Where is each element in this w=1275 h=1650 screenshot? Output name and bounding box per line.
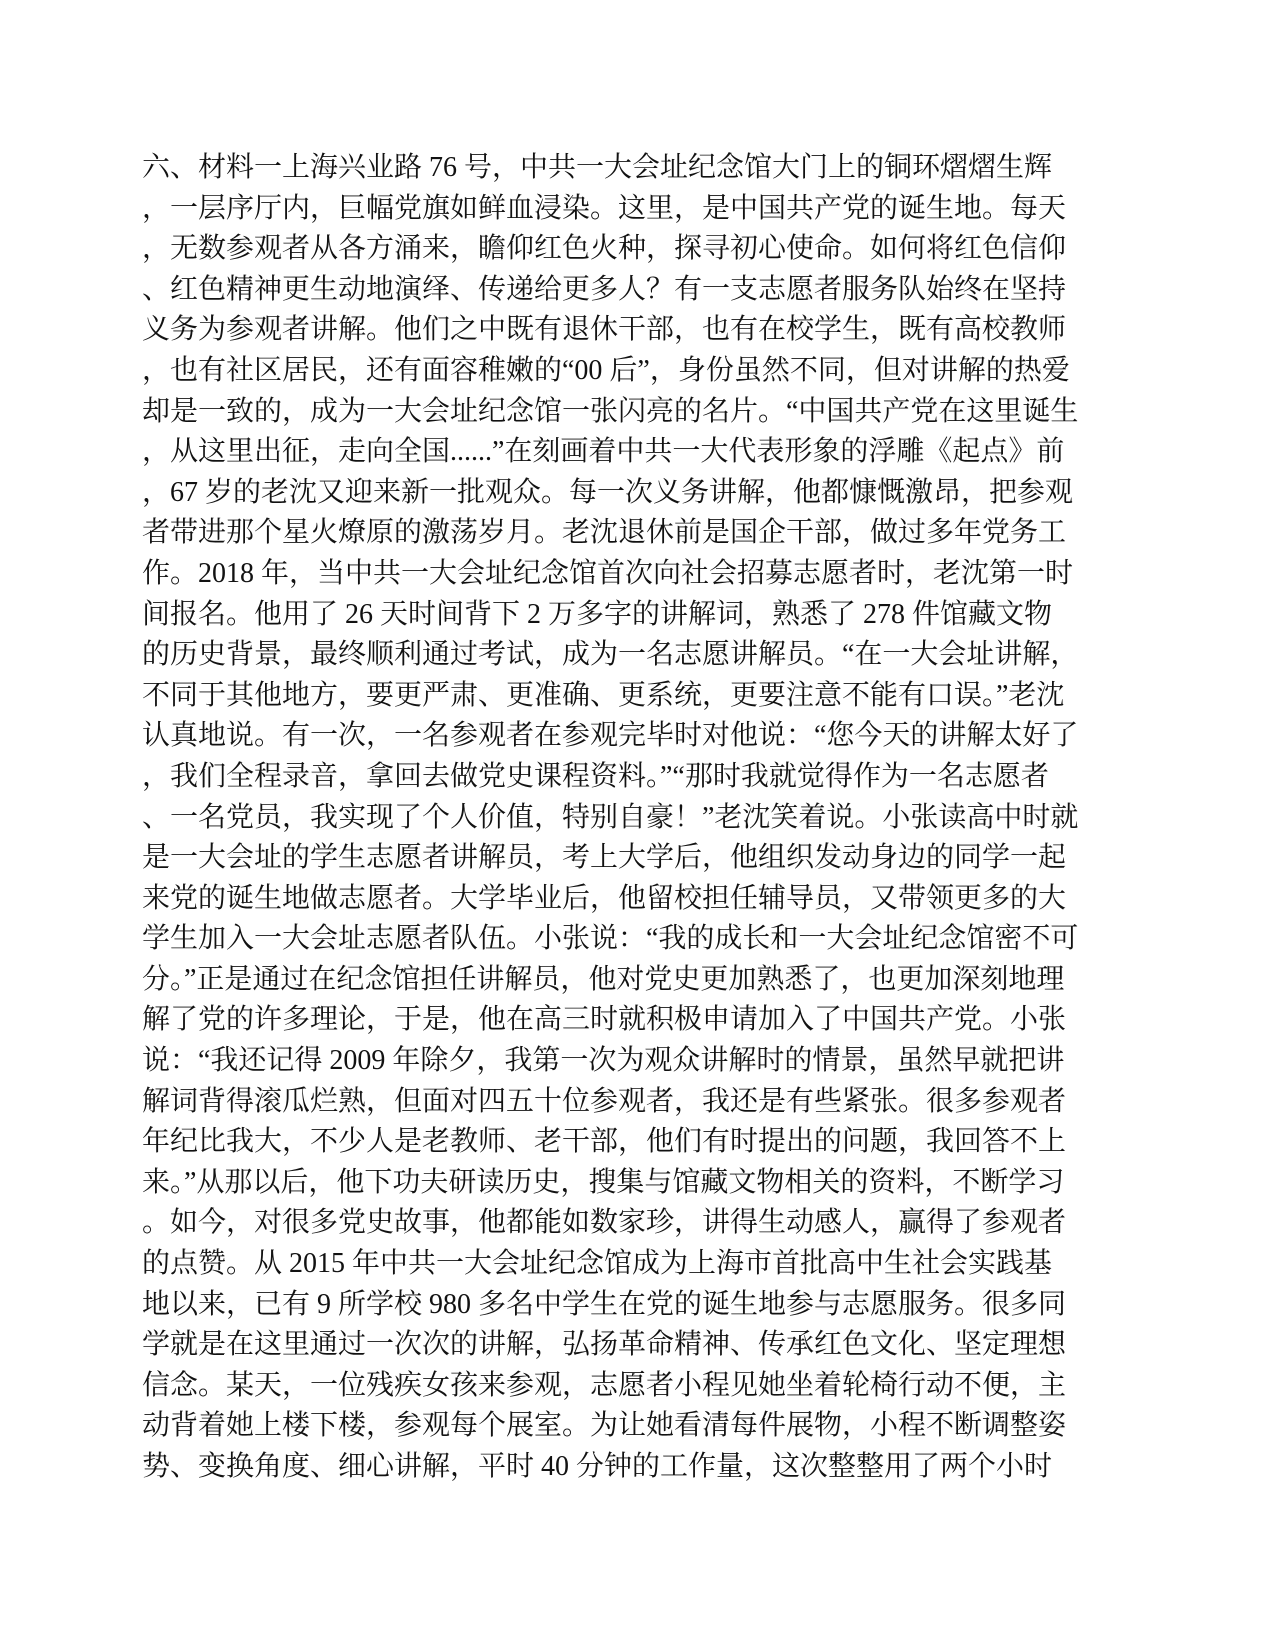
text-line: 解词背得滚瓜烂熟，但面对四五十位参观者，我还是有些紧张。很多参观者 xyxy=(142,1082,1107,1123)
text-line: 年纪比我大，不少人是老教师、老干部，他们有时提出的问题，我回答不上 xyxy=(142,1122,1107,1163)
text-line: ，一层序厅内，巨幅党旗如鲜血浸染。这里，是中国共产党的诞生地。每天 xyxy=(142,189,1107,230)
text-line: 。如今，对很多党史故事，他都能如数家珍，讲得生动感人，赢得了参观者 xyxy=(142,1203,1107,1244)
text-line: 动背着她上楼下楼，参观每个展室。为让她看清每件展物，小程不断调整姿 xyxy=(142,1406,1107,1447)
text-line: 信念。某天，一位残疾女孩来参观，志愿者小程见她坐着轮椅行动不便，主 xyxy=(142,1366,1107,1407)
text-line: 不同于其他地方，要更严肃、更准确、更系统，更要注意不能有口误。”老沈 xyxy=(142,676,1107,717)
text-line: 认真地说。有一次，一名参观者在参观完毕时对他说：“您今天的讲解太好了 xyxy=(142,716,1107,757)
text-line: ，从这里出征，走向全国......”在刻画着中共一大代表形象的浮雕《起点》前 xyxy=(142,432,1107,473)
text-line: ，无数参观者从各方涌来，瞻仰红色火种，探寻初心使命。如何将红色信仰 xyxy=(142,229,1107,270)
text-line: ，67 岁的老沈又迎来新一批观众。每一次义务讲解，他都慷慨激昂，把参观 xyxy=(142,473,1107,514)
text-line: ，也有社区居民，还有面容稚嫩的“00 后”，身份虽然不同，但对讲解的热爱 xyxy=(142,351,1107,392)
document-page: 六、材料一上海兴业路 76 号，中共一大会址纪念馆大门上的铜环熠熠生辉，一层序厅… xyxy=(0,0,1275,1650)
text-line: 间报名。他用了 26 天时间背下 2 万多字的讲解词，熟悉了 278 件馆藏文物 xyxy=(142,595,1107,636)
text-line: 的点赞。从 2015 年中共一大会址纪念馆成为上海市首批高中生社会实践基 xyxy=(142,1244,1107,1285)
text-line: 却是一致的，成为一大会址纪念馆一张闪亮的名片。“中国共产党在这里诞生 xyxy=(142,392,1107,433)
text-line: 是一大会址的学生志愿者讲解员，考上大学后，他组织发动身边的同学一起 xyxy=(142,838,1107,879)
text-line: 学就是在这里通过一次次的讲解，弘扬革命精神、传承红色文化、坚定理想 xyxy=(142,1325,1107,1366)
text-line: ，我们全程录音，拿回去做党史课程资料。”“那时我就觉得作为一名志愿者 xyxy=(142,757,1107,798)
text-line: 、红色精神更生动地演绎、传递给更多人？有一支志愿者服务队始终在坚持 xyxy=(142,270,1107,311)
text-line: 来。”从那以后，他下功夫研读历史，搜集与馆藏文物相关的资料，不断学习 xyxy=(142,1163,1107,1204)
text-line: 的历史背景，最终顺利通过考试，成为一名志愿讲解员。“在一大会址讲解， xyxy=(142,635,1107,676)
text-line: 地以来，已有 9 所学校 980 多名中学生在党的诞生地参与志愿服务。很多同 xyxy=(142,1285,1107,1326)
text-line: 解了党的许多理论，于是，他在高三时就积极申请加入了中国共产党。小张 xyxy=(142,1000,1107,1041)
text-line: 义务为参观者讲解。他们之中既有退休干部，也有在校学生，既有高校教师 xyxy=(142,310,1107,351)
text-line: 学生加入一大会址志愿者队伍。小张说：“我的成长和一大会址纪念馆密不可 xyxy=(142,919,1107,960)
text-line: 分。”正是通过在纪念馆担任讲解员，他对党史更加熟悉了，也更加深刻地理 xyxy=(142,960,1107,1001)
body-text: 六、材料一上海兴业路 76 号，中共一大会址纪念馆大门上的铜环熠熠生辉，一层序厅… xyxy=(142,148,1107,1488)
text-line: 、一名党员，我实现了个人价值，特别自豪！”老沈笑着说。小张读高中时就 xyxy=(142,798,1107,839)
text-line: 作。2018 年，当中共一大会址纪念馆首次向社会招募志愿者时，老沈第一时 xyxy=(142,554,1107,595)
text-line: 来党的诞生地做志愿者。大学毕业后，他留校担任辅导员，又带领更多的大 xyxy=(142,879,1107,920)
text-line: 六、材料一上海兴业路 76 号，中共一大会址纪念馆大门上的铜环熠熠生辉 xyxy=(142,148,1107,189)
text-line: 说：“我还记得 2009 年除夕，我第一次为观众讲解时的情景，虽然早就把讲 xyxy=(142,1041,1107,1082)
text-line: 者带进那个星火燎原的激荡岁月。老沈退休前是国企干部，做过多年党务工 xyxy=(142,513,1107,554)
text-line: 势、变换角度、细心讲解，平时 40 分钟的工作量，这次整整用了两个小时 xyxy=(142,1447,1107,1488)
